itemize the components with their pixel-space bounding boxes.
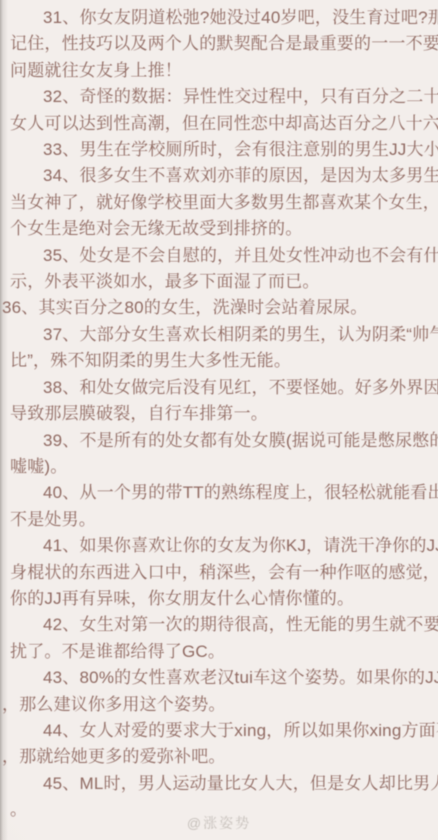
text-line: 问题就往女友身上推！ — [0, 58, 438, 84]
text-line: 不是处男。 — [0, 507, 438, 533]
text-line: 40、从一个男的带TT的熟练程度上，很轻松就能看出他是 — [0, 480, 438, 506]
text-line: 35、处女是不会自慰的，并且处女性冲动也不会有什么表 — [0, 243, 438, 269]
text-line: 38、和处女做完后没有见红，不要怪她。好多外界因素会 — [0, 375, 438, 401]
text-line: 39、不是所有的处女都有处女膜(据说可能是憋尿憋的， — [0, 428, 438, 454]
text-line: 当女神了，就好像学校里面大多数男生都喜欢某个女生，那那 — [0, 190, 438, 216]
text-line: 43、80%的女性喜欢老汉tui车这个姿势。如果你的JJ短小 — [0, 665, 438, 691]
text-line: 示，外表平淡如水，最多下面湿了而已。 — [0, 269, 438, 295]
text-line: 身棍状的东西进入口中，稍深些，会有一种作呕的感觉，如果 — [0, 560, 438, 586]
text-line: ，那就给她更多的爱弥补吧。 — [0, 744, 438, 770]
text-line: 嘘嘘)。 — [0, 454, 438, 480]
watermark: @涨姿势 — [0, 813, 438, 833]
photo-text-page: 31、你女友阴道松弛?她没过40岁吧，没生育过吧?那就不是。记住，性技巧以及两个… — [0, 0, 438, 840]
text-line: 你的JJ再有异味，你女朋友什么心情你懂的。 — [0, 586, 438, 612]
text-line: 扰了。不是谁都给得了GC。 — [0, 639, 438, 665]
text-line: 34、很多女生不喜欢刘亦菲的原因，是因为太多男生把她 — [0, 163, 438, 189]
text-line: 32、奇怪的数据：异性性交过程中，只有百分之二十六的 — [0, 84, 438, 110]
text-line: 个女生是绝对会无缘无故受到排挤的。 — [0, 216, 438, 242]
text-line: 33、男生在学校厕所时，会有很注意别的男生JJ大小。 — [0, 137, 438, 163]
text-line: 36、其实百分之80的女生，洗澡时会站着尿尿。 — [0, 295, 438, 321]
text-line: 41、如果你喜欢让你的女友为你KJ，请洗干净你的JJ。本 — [0, 533, 438, 559]
text-line: 导致那层膜破裂，自行车排第一。 — [0, 401, 438, 427]
text-line: 44、女人对爱的要求大于xing，所以如果你xing方面不行 — [0, 718, 438, 744]
text-line: 比”，殊不知阴柔的男生大多性无能。 — [0, 348, 438, 374]
text-line: 42、女生对第一次的期待很高，性无能的男生就不要去骚 — [0, 612, 438, 638]
text-line: 女人可以达到性高潮，但在同性恋中却高达百分之八十六。 — [0, 111, 438, 137]
text-body: 31、你女友阴道松弛?她没过40岁吧，没生育过吧?那就不是。记住，性技巧以及两个… — [0, 5, 438, 824]
text-line: 45、ML时，男人运动量比女人大，但是女人却比男人要累 — [0, 771, 438, 797]
text-line: 37、大部分女生喜欢长相阴柔的男生，认为阴柔“帅气无 — [0, 322, 438, 348]
text-line: 31、你女友阴道松弛?她没过40岁吧，没生育过吧?那就不是。 — [0, 5, 438, 31]
text-line: 记住，性技巧以及两个人的默契配合是最重要的一一不要出了 — [0, 31, 438, 57]
text-line: ，那么建议你多用这个姿势。 — [0, 692, 438, 718]
